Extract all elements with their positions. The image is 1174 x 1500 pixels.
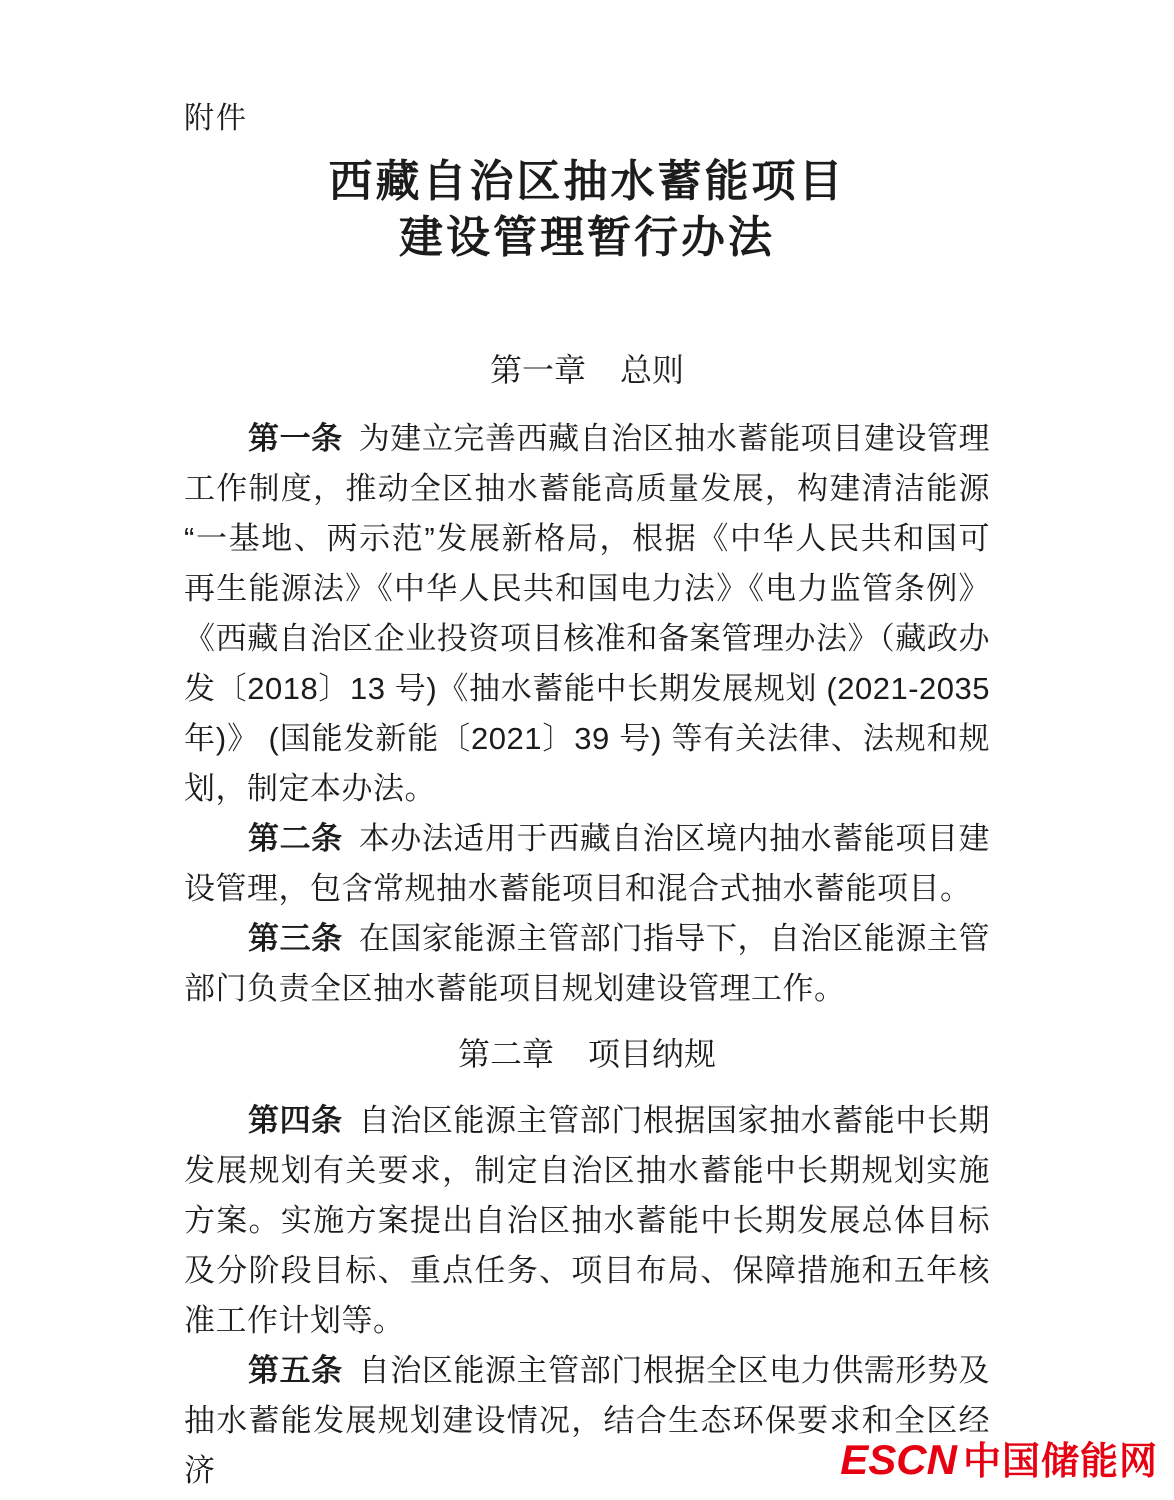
- article-5-label: 第五条: [248, 1353, 343, 1388]
- article-2-paragraph: 第二条本办法适用于西藏自治区境内抽水蓄能项目建设管理，包含常规抽水蓄能项目和混合…: [184, 814, 990, 914]
- chapter-1-name: 总则: [620, 352, 684, 388]
- document-title: 西藏自治区抽水蓄能项目 建设管理暂行办法: [184, 154, 990, 266]
- escn-chinese-text: 中国储能网: [963, 1441, 1158, 1483]
- document-content: 附件 西藏自治区抽水蓄能项目 建设管理暂行办法 第一章总则 第一条为建立完善西藏…: [0, 0, 1174, 1496]
- article-4-label: 第四条: [248, 1103, 343, 1138]
- escn-latin-text: ESCN: [840, 1436, 957, 1483]
- article-1-text: 为建立完善西藏自治区抽水蓄能项目建设管理工作制度，推动全区抽水蓄能高质量发展，构…: [184, 421, 990, 806]
- chapter-1-heading: 第一章总则: [184, 348, 990, 392]
- article-4-paragraph: 第四条自治区能源主管部门根据国家抽水蓄能中长期发展规划有关要求，制定自治区抽水蓄…: [184, 1096, 990, 1346]
- article-3-label: 第三条: [248, 921, 343, 956]
- article-4-text: 自治区能源主管部门根据国家抽水蓄能中长期发展规划有关要求，制定自治区抽水蓄能中长…: [184, 1103, 990, 1338]
- article-1-paragraph: 第一条为建立完善西藏自治区抽水蓄能项目建设管理工作制度，推动全区抽水蓄能高质量发…: [184, 414, 990, 814]
- article-3-paragraph: 第三条在国家能源主管部门指导下，自治区能源主管部门负责全区抽水蓄能项目规划建设管…: [184, 914, 990, 1014]
- article-2-label: 第二条: [248, 821, 343, 856]
- article-1-label: 第一条: [248, 421, 343, 456]
- chapter-2-name: 项目纳规: [588, 1036, 716, 1072]
- document-title-line-2: 建设管理暂行办法: [184, 210, 990, 266]
- chapter-2-number: 第二章: [458, 1036, 554, 1072]
- escn-watermark-logo: ESCN中国储能网: [840, 1438, 1158, 1492]
- chapter-2-heading: 第二章项目纳规: [184, 1032, 990, 1076]
- chapter-1-number: 第一章: [490, 352, 586, 388]
- document-page: 附件 西藏自治区抽水蓄能项目 建设管理暂行办法 第一章总则 第一条为建立完善西藏…: [0, 0, 1174, 1500]
- attachment-label: 附件: [184, 100, 990, 138]
- document-title-line-1: 西藏自治区抽水蓄能项目: [184, 154, 990, 210]
